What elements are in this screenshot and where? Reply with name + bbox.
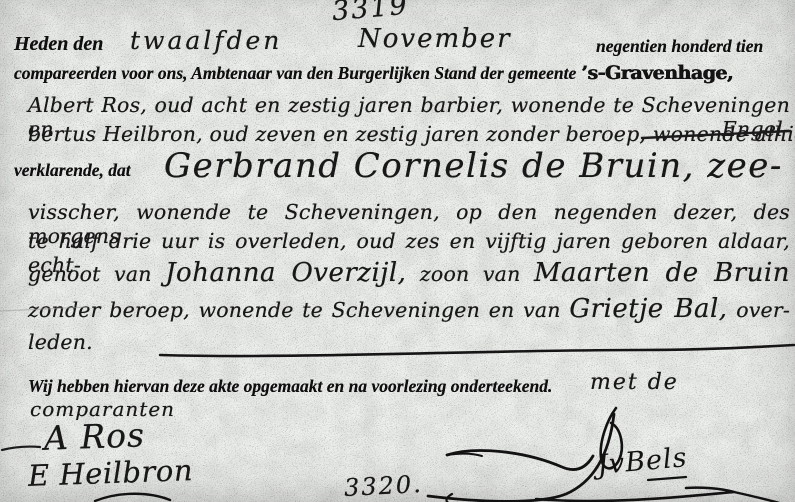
signature-tail	[734, 492, 786, 502]
printed-compareerden: compareerden voor ons, Ambtenaar van den…	[14, 63, 576, 83]
signature-monogram-loop	[601, 408, 622, 468]
signature-flourish-left	[447, 451, 593, 470]
handwritten-day: twaalfden	[130, 26, 282, 55]
printed-year: negentien honderd tien	[596, 36, 763, 57]
father-name: Maarten de Bruin	[534, 258, 790, 288]
handwritten-line-10: leden.	[28, 330, 93, 354]
bottom-edge-stroke-1	[95, 494, 170, 501]
death-record-scan: 3319 Heden den twaalfden November negent…	[0, 0, 795, 502]
record-number-bottom: 3320.	[343, 470, 423, 502]
printed-closing: Wij hebben hiervan deze akte opgemaakt e…	[28, 376, 552, 397]
line8-prefix: genoot van	[28, 262, 152, 286]
spouse-name: Johanna Overzijl,	[165, 258, 406, 288]
signature-witness-1: A Ros	[43, 415, 145, 458]
gemeente-name: ’s-Gravenhage,	[581, 62, 733, 84]
line8-middle: zoon van	[420, 262, 521, 286]
signature-underline-1	[536, 488, 734, 501]
mother-name: Grietje Bal,	[569, 294, 727, 324]
line9-suffix: over-	[736, 298, 790, 322]
printed-verklarende-dat: verklarende, dat	[14, 160, 131, 181]
signature-descender	[428, 414, 614, 501]
handwritten-line-8: genoot van Johanna Overzijl, zoon van Ma…	[28, 258, 790, 288]
signature-flourish-left-2	[447, 454, 482, 456]
handwritten-month: November	[358, 24, 512, 54]
bottom-edge-stroke-2	[446, 494, 458, 502]
filler-line-long	[160, 345, 794, 356]
handwritten-comparant-line-2: bertus Heilbron, oud zeven en zestig jar…	[28, 122, 795, 146]
signature-official: JvBels	[591, 442, 689, 481]
margin-dash	[2, 447, 40, 450]
printed-heden-den: Heden den	[14, 33, 103, 56]
deceased-name: Gerbrand Cornelis de Bruin, zee-	[164, 146, 783, 186]
handwritten-line-9: zonder beroep, wonende te Scheveningen e…	[28, 294, 790, 324]
handwritten-met-de: met de	[590, 370, 679, 395]
signature-underline-2	[648, 477, 686, 480]
line9-prefix: zonder beroep, wonende te Scheveningen e…	[28, 298, 561, 322]
signature-witness-2: E Heilbron	[27, 453, 193, 493]
